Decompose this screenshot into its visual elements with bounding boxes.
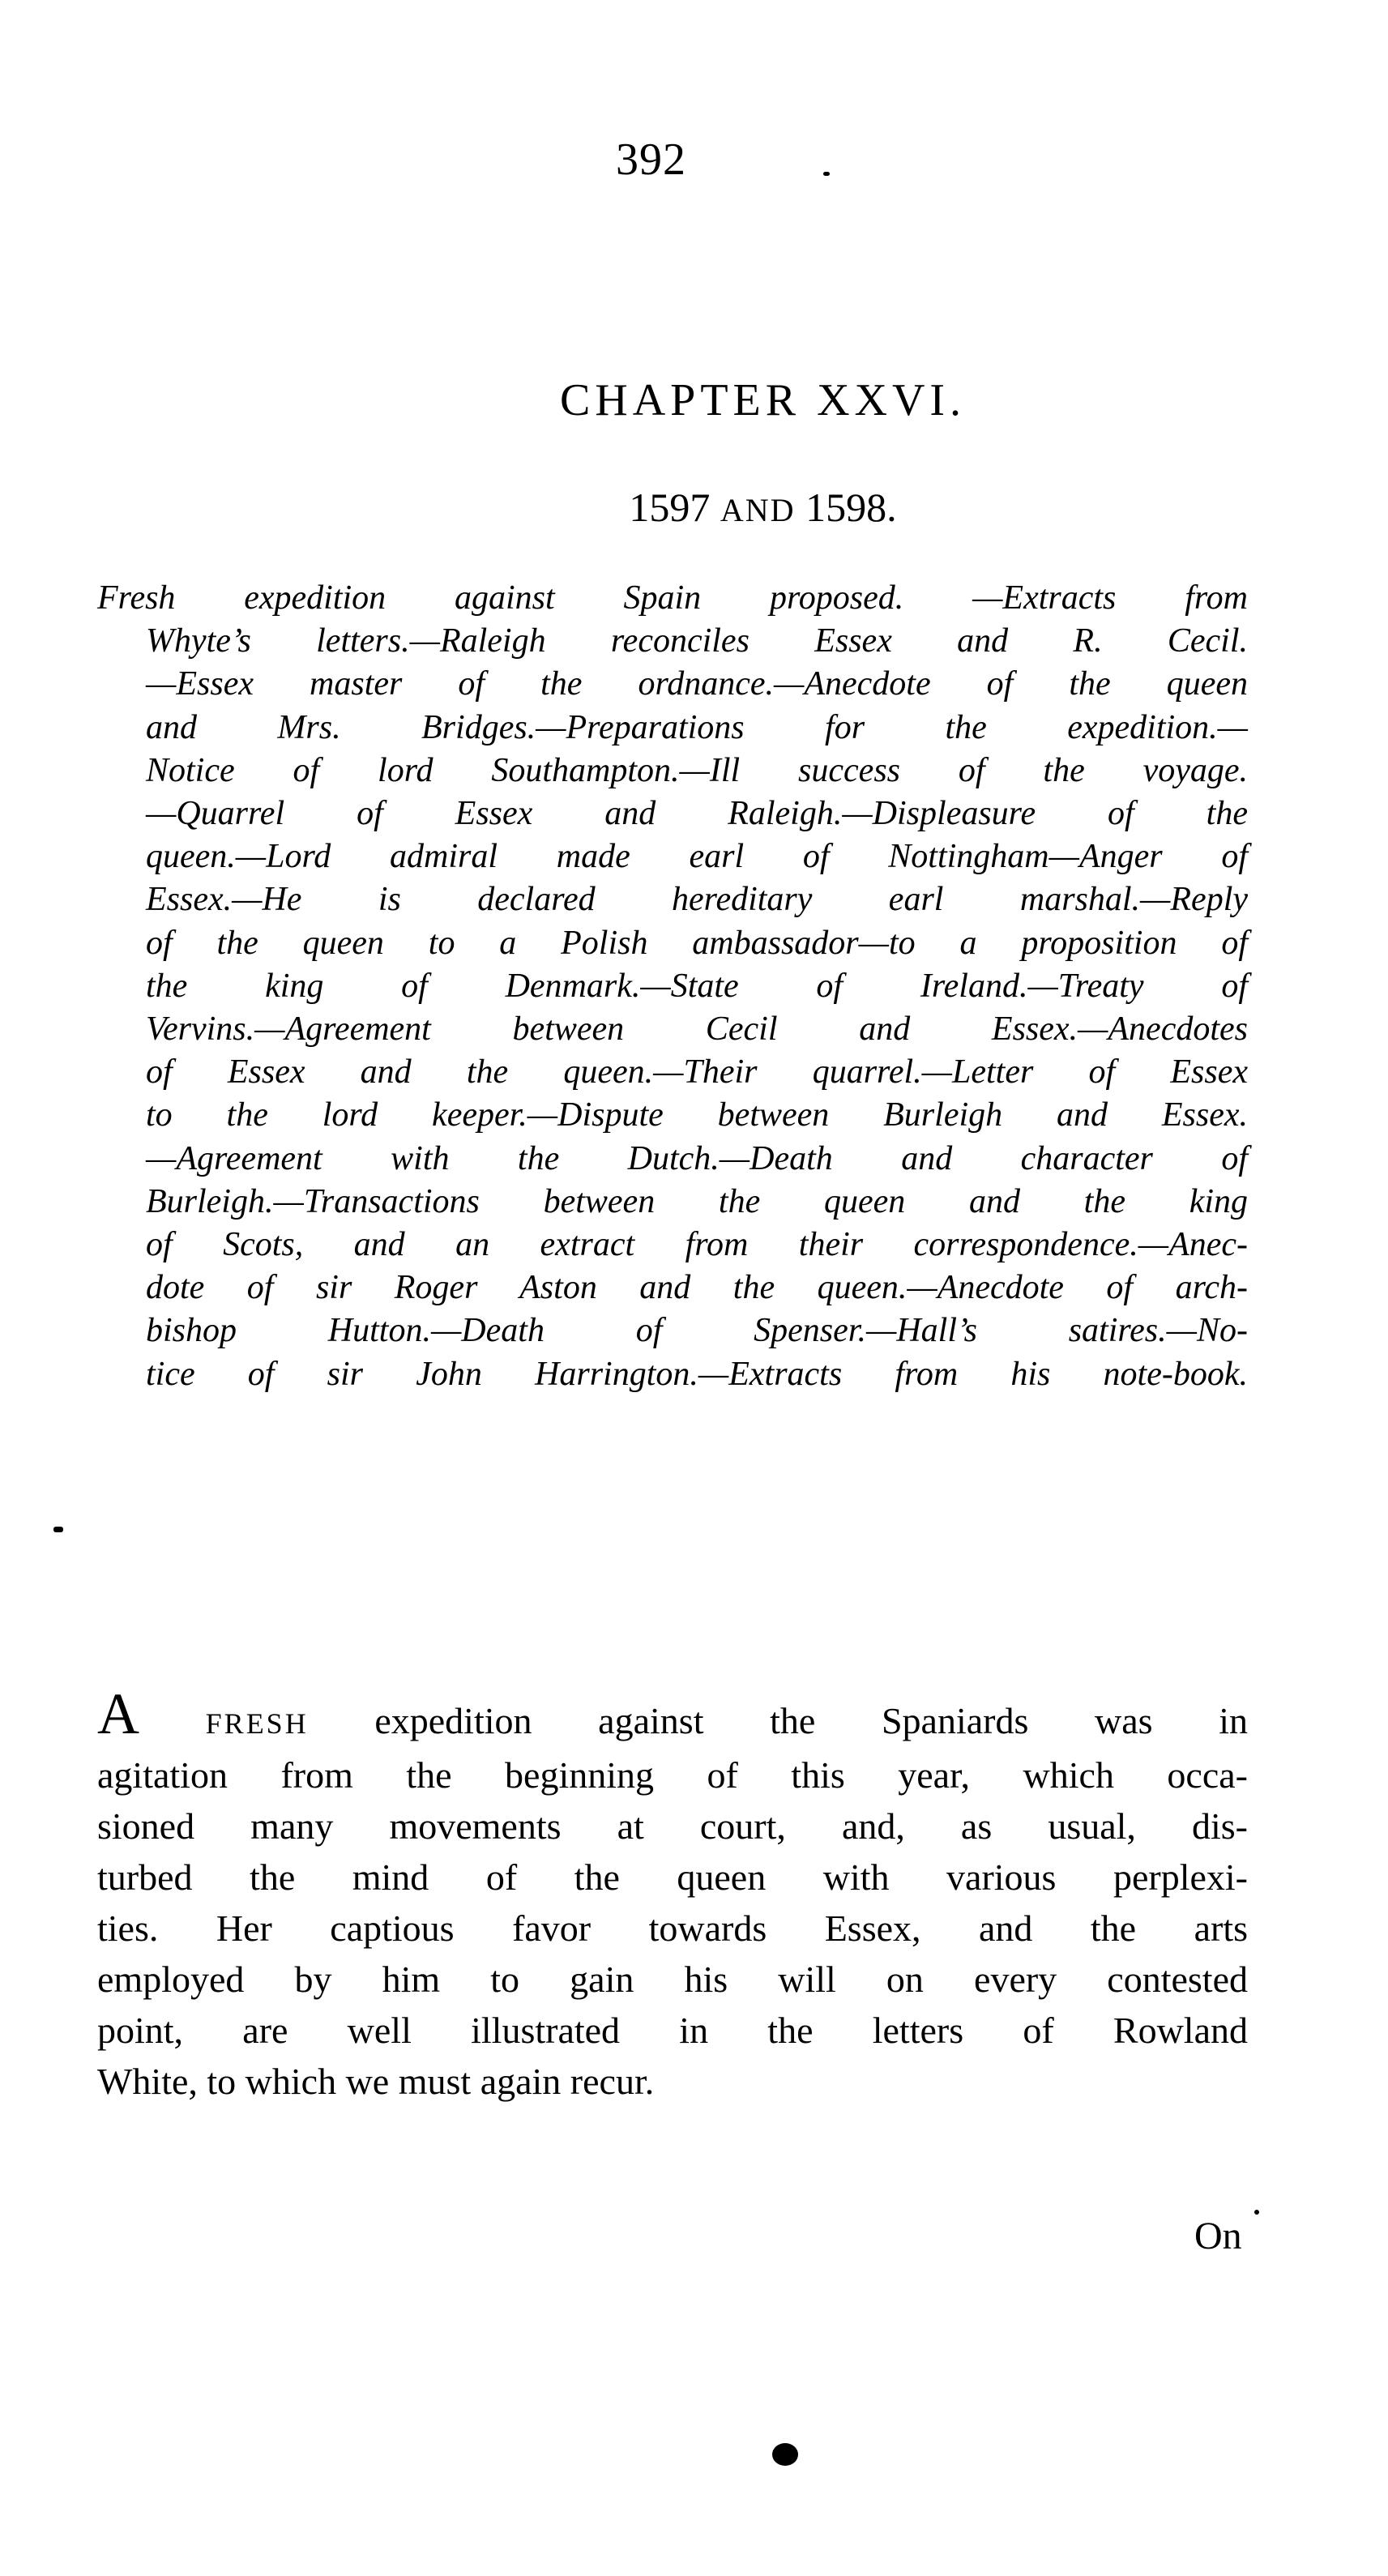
synopsis-line: Burleigh.—Transactions between the queen… — [97, 1181, 1248, 1224]
body-line: employed by him to gain his will on ever… — [97, 1954, 1248, 2005]
chapter-title: CHAPTER XXVI. — [0, 374, 1388, 426]
years-conjunction: AND — [720, 492, 796, 528]
synopsis-line: Whyte’s letters.—Raleigh reconciles Esse… — [97, 620, 1248, 663]
first-line-text: expedition against the Spaniards was in — [309, 1700, 1248, 1741]
synopsis-line: of Essex and the queen.—Their quarrel.—L… — [97, 1051, 1248, 1094]
body-paragraph: A FRESH expedition against the Spaniards… — [97, 1695, 1248, 2107]
chapter-years: 1597 AND 1598. — [0, 484, 1388, 531]
synopsis-line: Essex.—He is declared hereditary earl ma… — [97, 878, 1248, 921]
synopsis-line: of the queen to a Polish ambassador—to a… — [97, 922, 1248, 965]
synopsis-line: Fresh expedition against Spain proposed.… — [97, 577, 1248, 620]
body-line: turbed the mind of the queen with variou… — [97, 1852, 1248, 1903]
margin-bullet-mark — [53, 1527, 63, 1532]
body-line-last: White, to which we must again recur. — [97, 2056, 1248, 2107]
synopsis-line: to the lord keeper.—Dispute between Burl… — [97, 1094, 1248, 1137]
body-line: agitation from the beginning of this yea… — [97, 1749, 1248, 1801]
body-line-first: A FRESH expedition against the Spaniards… — [97, 1695, 1248, 1749]
year-end: 1598. — [805, 485, 897, 530]
catchword: On — [1194, 2214, 1242, 2258]
initial-letter: A — [97, 1681, 139, 1746]
small-caps-opening: FRESH — [206, 1707, 309, 1740]
synopsis-line: —Agreement with the Dutch.—Death and cha… — [97, 1138, 1248, 1181]
page-number: 392 — [616, 134, 686, 186]
synopsis-line: tice of sir John Harrington.—Extracts fr… — [97, 1353, 1248, 1396]
ink-blot — [772, 2443, 798, 2466]
chapter-synopsis: Fresh expedition against Spain proposed.… — [97, 577, 1248, 1396]
ink-speck — [1254, 2210, 1259, 2215]
synopsis-line: and Mrs. Bridges.—Preparations for the e… — [97, 707, 1248, 750]
ink-speck — [823, 172, 830, 176]
synopsis-line: dote of sir Roger Aston and the queen.—A… — [97, 1267, 1248, 1309]
synopsis-line: Notice of lord Southampton.—Ill success … — [97, 750, 1248, 792]
body-line: sioned many movements at court, and, as … — [97, 1801, 1248, 1852]
year-start: 1597 — [629, 485, 710, 530]
book-page: 392 CHAPTER XXVI. 1597 AND 1598. Fresh e… — [0, 0, 1388, 2576]
synopsis-line: queen.—Lord admiral made earl of Notting… — [97, 835, 1248, 878]
synopsis-line: —Essex master of the ordnance.—Anecdote … — [97, 663, 1248, 706]
synopsis-line: bishop Hutton.—Death of Spenser.—Hall’s … — [97, 1309, 1248, 1352]
synopsis-line: —Quarrel of Essex and Raleigh.—Displeasu… — [97, 792, 1248, 835]
body-line: ties. Her captious favor towards Essex, … — [97, 1903, 1248, 1954]
body-line: point, are well illustrated in the lette… — [97, 2005, 1248, 2056]
synopsis-line: Vervins.—Agreement between Cecil and Ess… — [97, 1008, 1248, 1051]
synopsis-line: of Scots, and an extract from their corr… — [97, 1224, 1248, 1267]
synopsis-line: the king of Denmark.—State of Ireland.—T… — [97, 965, 1248, 1008]
